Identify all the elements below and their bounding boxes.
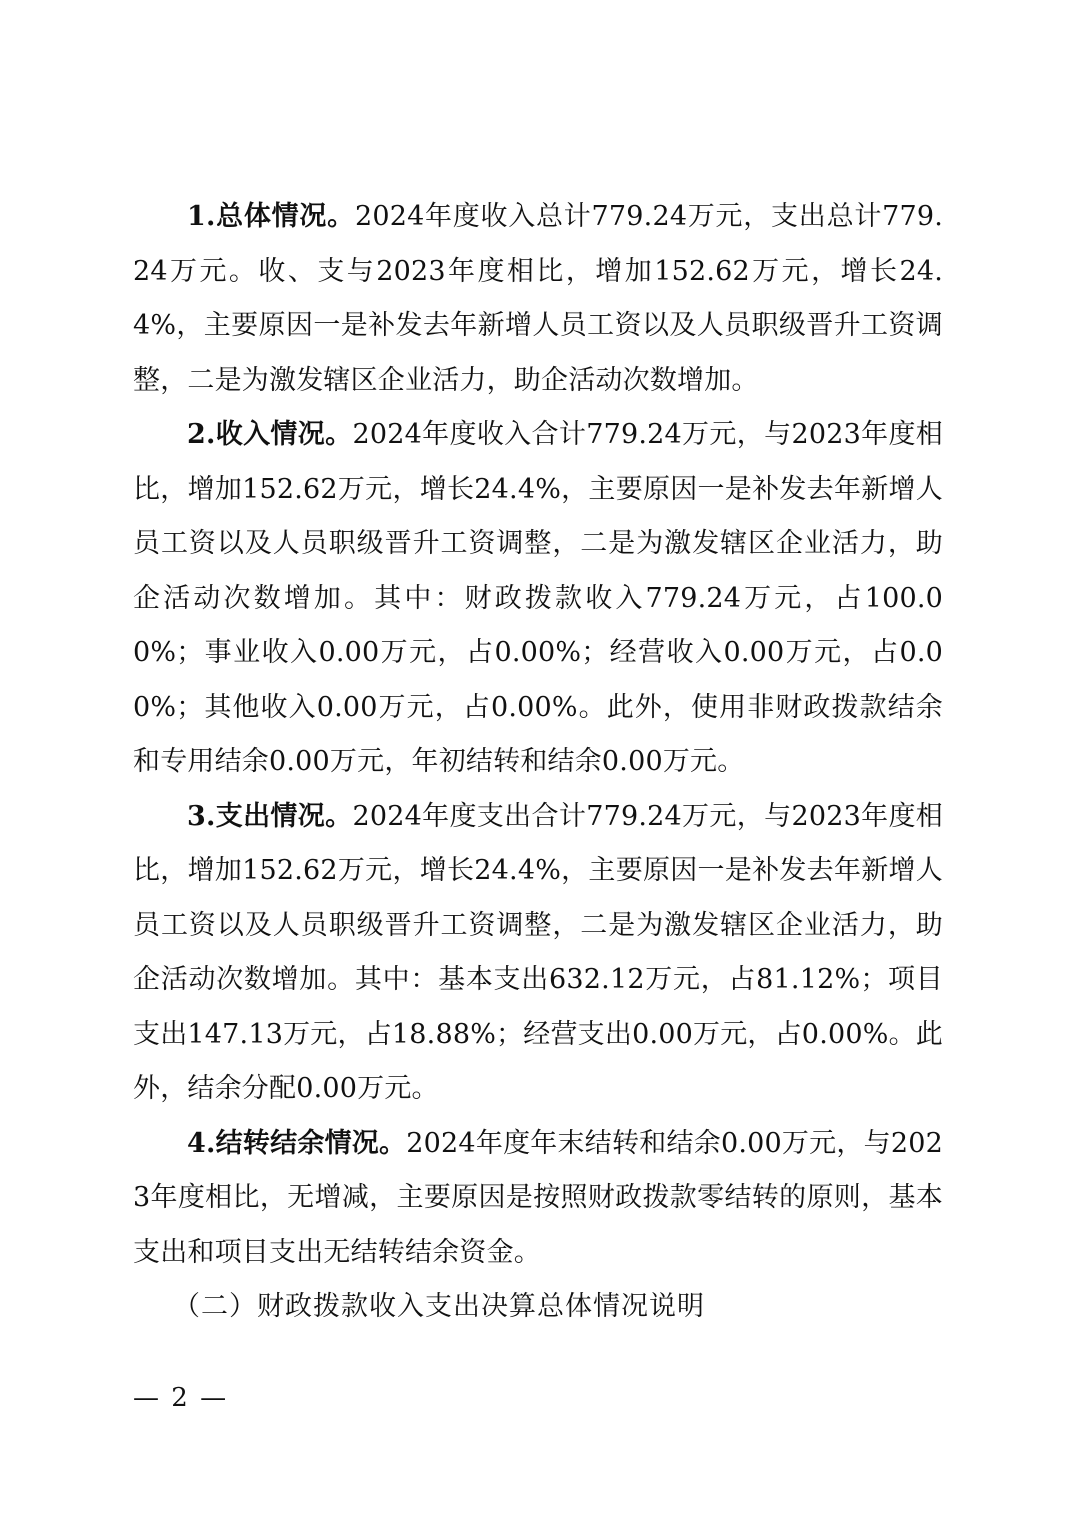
- section-subheading: （二）财政拨款收入支出决算总体情况说明: [133, 1280, 943, 1335]
- paragraph-expenditure: 3.支出情况。2024年度支出合计779.24万元，与2023年度相比，增加15…: [133, 790, 943, 1117]
- paragraph-heading: 1.总体情况。: [187, 201, 355, 232]
- document-body: 1.总体情况。2024年度收入总计779.24万元，支出总计779.24万元。收…: [133, 190, 943, 1335]
- paragraph-text: 2024年度收入合计779.24万元，与2023年度相比，增加152.62万元，…: [133, 419, 943, 777]
- paragraph-text: 2024年度支出合计779.24万元，与2023年度相比，增加152.62万元，…: [133, 801, 943, 1105]
- paragraph-heading: 2.收入情况。: [187, 419, 352, 450]
- document-page: 1.总体情况。2024年度收入总计779.24万元，支出总计779.24万元。收…: [0, 0, 1075, 1520]
- paragraph-overall: 1.总体情况。2024年度收入总计779.24万元，支出总计779.24万元。收…: [133, 190, 943, 408]
- paragraph-carryover: 4.结转结余情况。2024年度年末结转和结余0.00万元，与2023年度相比，无…: [133, 1117, 943, 1281]
- paragraph-heading: 4.结转结余情况。: [187, 1128, 406, 1159]
- page-number: — 2 —: [133, 1383, 228, 1413]
- paragraph-heading: 3.支出情况。: [187, 801, 352, 832]
- paragraph-income: 2.收入情况。2024年度收入合计779.24万元，与2023年度相比，增加15…: [133, 408, 943, 790]
